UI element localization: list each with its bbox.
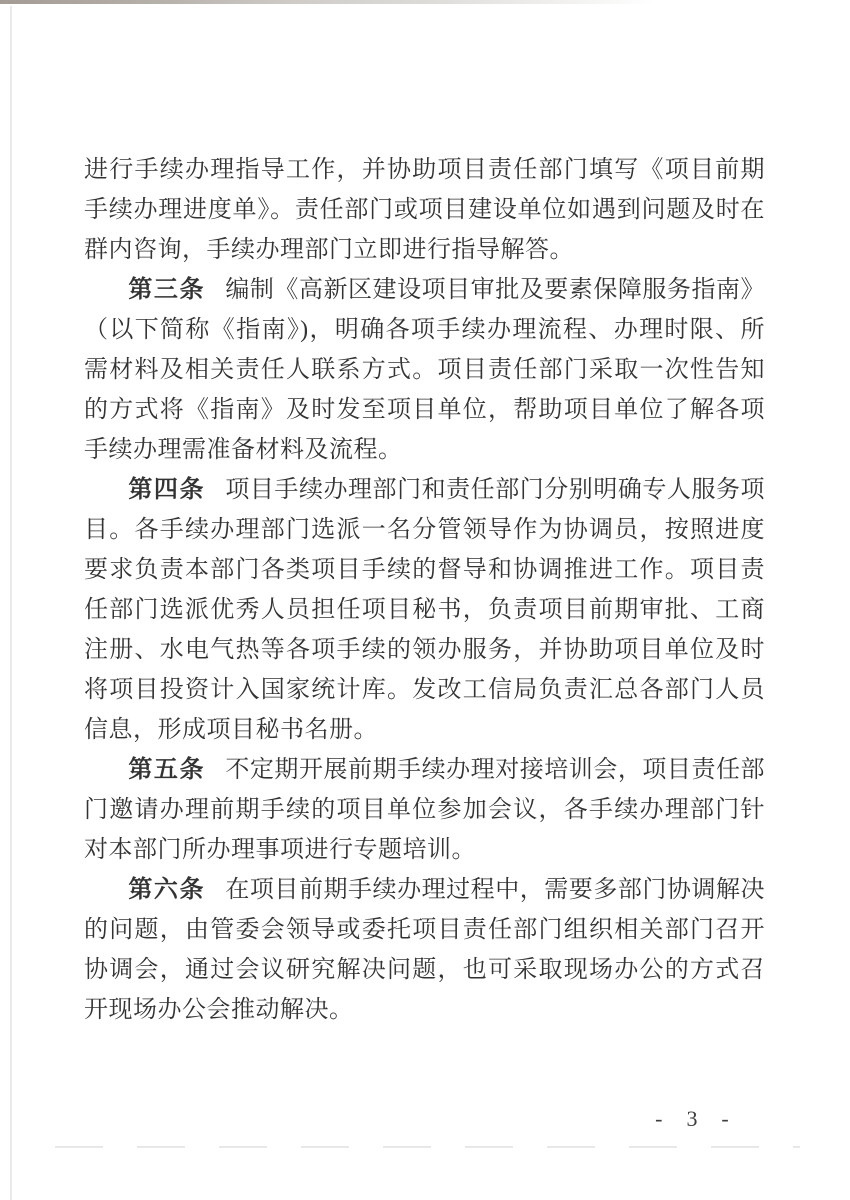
paragraph-article-5: 第五条不定期开展前期手续办理对接培训会，项目责任部门邀请办理前期手续的项目单位参… xyxy=(84,750,765,870)
paragraph-article-3: 第三条编制《高新区建设项目审批及要素保障服务指南》（以下简称《指南》)，明确各项… xyxy=(84,270,765,470)
scan-edge-left-artifact xyxy=(10,6,12,1200)
paragraph-article-6: 第六条在项目前期手续办理过程中，需要多部门协调解决的问题，由管委会领导或委托项目… xyxy=(84,870,765,1030)
scan-edge-top-artifact xyxy=(0,0,655,4)
scan-bleed-line-artifact xyxy=(55,1146,800,1148)
paragraph-continuation: 进行手续办理指导工作，并协助项目责任部门填写《项目前期手续办理进度单》。责任部门… xyxy=(84,150,765,270)
article-3-number: 第三条 xyxy=(128,277,205,303)
article-5-number: 第五条 xyxy=(128,757,205,783)
article-4-number: 第四条 xyxy=(128,477,205,503)
article-6-number: 第六条 xyxy=(128,877,205,903)
page-number: - 3 - xyxy=(0,1106,850,1132)
document-page: 进行手续办理指导工作，并协助项目责任部门填写《项目前期手续办理进度单》。责任部门… xyxy=(0,0,850,1200)
paragraph-text: 进行手续办理指导工作，并协助项目责任部门填写《项目前期手续办理进度单》。责任部门… xyxy=(84,157,765,263)
paragraph-text: 编制《高新区建设项目审批及要素保障服务指南》（以下简称《指南》)，明确各项手续办… xyxy=(84,277,765,463)
paragraph-article-4: 第四条项目手续办理部门和责任部门分别明确专人服务项目。各手续办理部门选派一名分管… xyxy=(84,470,765,750)
paragraph-text: 项目手续办理部门和责任部门分别明确专人服务项目。各手续办理部门选派一名分管领导作… xyxy=(84,477,765,743)
document-body: 进行手续办理指导工作，并协助项目责任部门填写《项目前期手续办理进度单》。责任部门… xyxy=(84,150,765,1030)
